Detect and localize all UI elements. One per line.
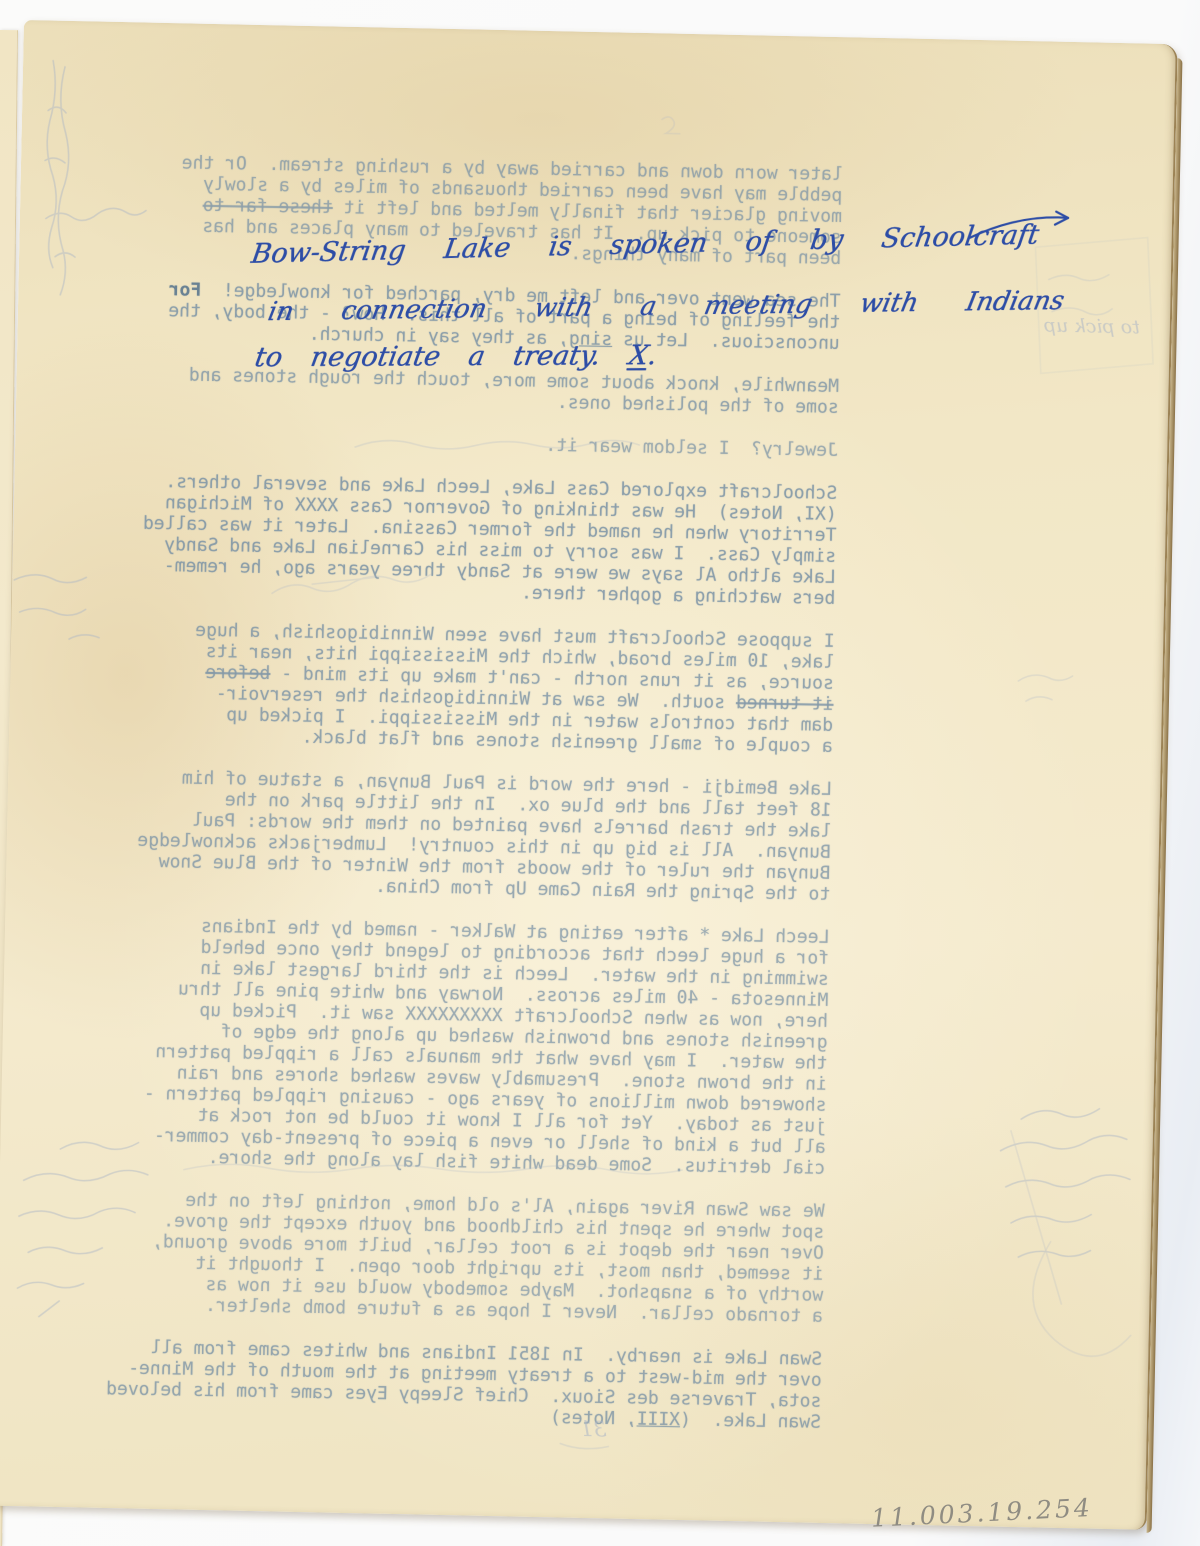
pencil-scribble xyxy=(1007,1131,1065,1304)
pencil-scribble xyxy=(13,574,100,639)
pencil-scribble xyxy=(57,67,71,295)
pencil-page-number: 31 xyxy=(580,1417,607,1442)
ink-line-3: to negotiate a treaty. X. xyxy=(252,340,659,373)
pencil-scribble xyxy=(46,207,146,222)
pencil-scribble xyxy=(184,1158,682,1180)
pencil-scribble xyxy=(998,1107,1131,1260)
ink-arrow-icon xyxy=(967,202,1088,249)
pencil-scribble xyxy=(1032,1241,1133,1357)
pencil-scribble xyxy=(560,1444,608,1450)
pencil-scribble xyxy=(355,435,639,453)
pencil-scribble xyxy=(1018,675,1073,702)
pencil-margin-note: to pick up xyxy=(1044,314,1140,338)
document-page: later worn down and carried away by a ru… xyxy=(0,20,1178,1530)
pencil-scribble xyxy=(45,61,60,268)
pencil-scribble xyxy=(662,117,680,134)
pencil-scribble xyxy=(17,1140,149,1319)
pencil-scribble xyxy=(272,571,430,596)
